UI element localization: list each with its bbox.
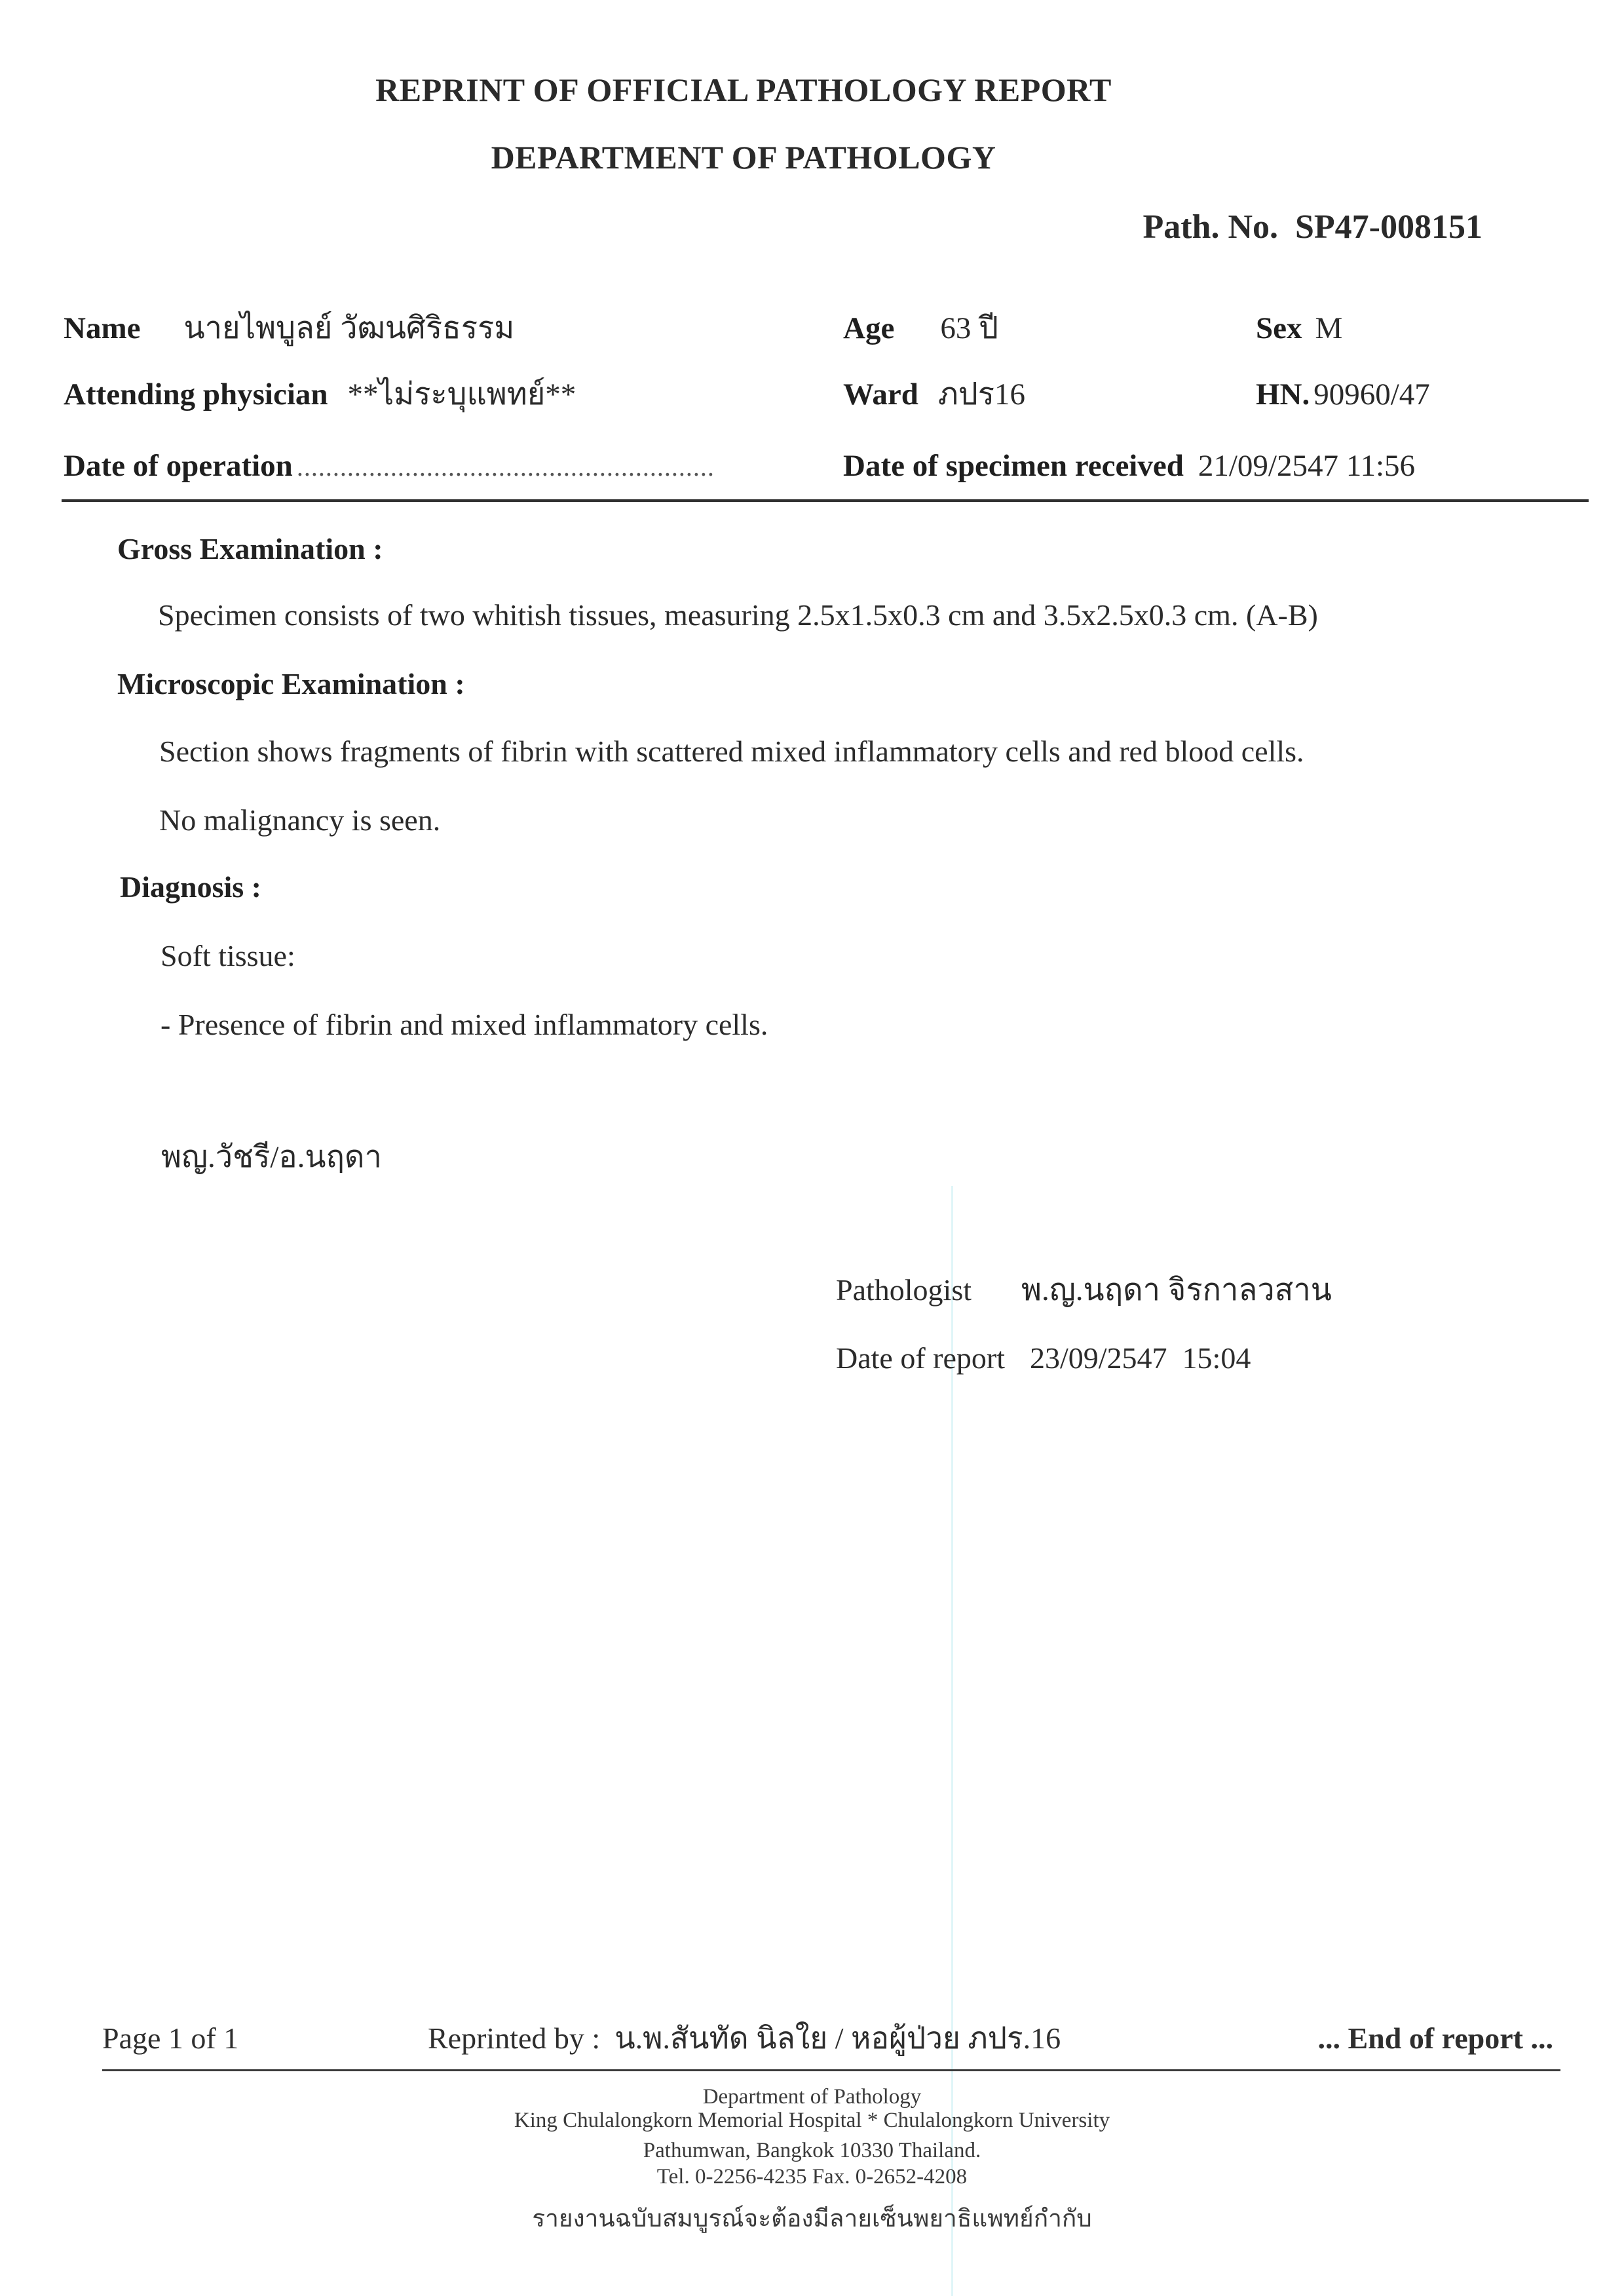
header-divider bbox=[62, 499, 1589, 502]
footer-divider bbox=[102, 2069, 1560, 2071]
typist-initials: พญ.วัชรี/อ.นฤดา bbox=[161, 1142, 382, 1173]
path-number: Path. No. SP47-008151 bbox=[1142, 210, 1482, 244]
ward-value: ภปร16 bbox=[938, 379, 1025, 410]
ward-label: Ward bbox=[843, 379, 918, 410]
age-field: Age 63 ปี bbox=[843, 313, 998, 344]
path-number-label: Path. No. bbox=[1142, 208, 1278, 246]
specimen-received-label: Date of specimen received bbox=[843, 451, 1184, 482]
age-value: 63 ปี bbox=[940, 313, 998, 344]
specimen-received-field: Date of specimen received 21/09/2547 11:… bbox=[843, 451, 1415, 482]
sex-field: Sex M bbox=[1256, 313, 1342, 344]
hn-value: 90960/47 bbox=[1313, 379, 1430, 410]
reprinted-by-label: Reprinted by : bbox=[428, 2023, 600, 2054]
name-label: Name bbox=[64, 313, 140, 344]
end-of-report: ... End of report ... bbox=[1318, 2023, 1554, 2054]
footer-hospital: King Chulalongkorn Memorial Hospital * C… bbox=[0, 2110, 1624, 2132]
microscopic-heading: Microscopic Examination : bbox=[117, 669, 465, 699]
report-date-value: 23/09/2547 15:04 bbox=[1030, 1343, 1251, 1373]
hn-field: HN. 90960/47 bbox=[1256, 379, 1430, 410]
department-title: DEPARTMENT OF PATHOLOGY bbox=[0, 141, 1487, 174]
patient-name-field: Name นายไพบูลย์ วัฒนศิริธรรม bbox=[64, 313, 514, 344]
pathologist-label: Pathologist bbox=[836, 1275, 972, 1305]
reprinted-by-value: น.พ.สันทัด นิลใย / หอผู้ป่วย ภปร.16 bbox=[614, 2023, 1061, 2054]
report-date-field: Date of report 23/09/2547 15:04 bbox=[836, 1343, 1251, 1373]
diagnosis-finding: - Presence of fibrin and mixed inflammat… bbox=[161, 1010, 768, 1040]
physician-value: **ไม่ระบุแพทย์** bbox=[348, 379, 576, 410]
diagnosis-heading: Diagnosis : bbox=[120, 872, 261, 902]
ward-field: Ward ภปร16 bbox=[843, 379, 1025, 410]
page-indicator: Page 1 of 1 bbox=[102, 2023, 238, 2054]
microscopic-text-1: Section shows fragments of fibrin with s… bbox=[159, 737, 1304, 767]
gross-heading: Gross Examination : bbox=[117, 534, 383, 564]
footer-department: Department of Pathology bbox=[0, 2086, 1624, 2108]
path-number-value: SP47-008151 bbox=[1295, 208, 1482, 246]
report-date-label: Date of report bbox=[836, 1343, 1005, 1373]
specimen-received-value: 21/09/2547 11:56 bbox=[1198, 451, 1415, 482]
physician-field: Attending physician **ไม่ระบุแพทย์** bbox=[64, 379, 576, 410]
age-label: Age bbox=[843, 313, 894, 344]
footer-contact: Tel. 0-2256-4235 Fax. 0-2652-4208 bbox=[0, 2166, 1624, 2188]
operation-date-field: Date of operation ......................… bbox=[64, 451, 715, 482]
sex-value: M bbox=[1315, 313, 1343, 344]
pathologist-value: พ.ญ.นฤดา จิรกาลวสาน bbox=[1021, 1275, 1332, 1306]
operation-date-label: Date of operation bbox=[64, 451, 293, 482]
reprinted-by: Reprinted by : น.พ.สันทัด นิลใย / หอผู้ป… bbox=[428, 2023, 1061, 2054]
hn-label: HN. bbox=[1256, 379, 1310, 410]
microscopic-text-2: No malignancy is seen. bbox=[159, 805, 440, 835]
gross-text: Specimen consists of two whitish tissues… bbox=[158, 600, 1318, 630]
footer-location: Pathumwan, Bangkok 10330 Thailand. bbox=[0, 2140, 1624, 2162]
pathologist-field: Pathologist พ.ญ.นฤดา จิรกาลวสาน bbox=[836, 1275, 1332, 1306]
physician-label: Attending physician bbox=[64, 379, 328, 410]
sex-label: Sex bbox=[1256, 313, 1302, 344]
operation-date-value: ........................................… bbox=[297, 454, 715, 480]
diagnosis-site: Soft tissue: bbox=[161, 941, 295, 971]
name-value: นายไพบูลย์ วัฒนศิริธรรม bbox=[183, 313, 514, 344]
report-title: REPRINT OF OFFICIAL PATHOLOGY REPORT bbox=[0, 73, 1487, 106]
footer-signature-notice: รายงานฉบับสมบูรณ์จะต้องมีลายเซ็นพยาธิแพท… bbox=[0, 2207, 1624, 2231]
